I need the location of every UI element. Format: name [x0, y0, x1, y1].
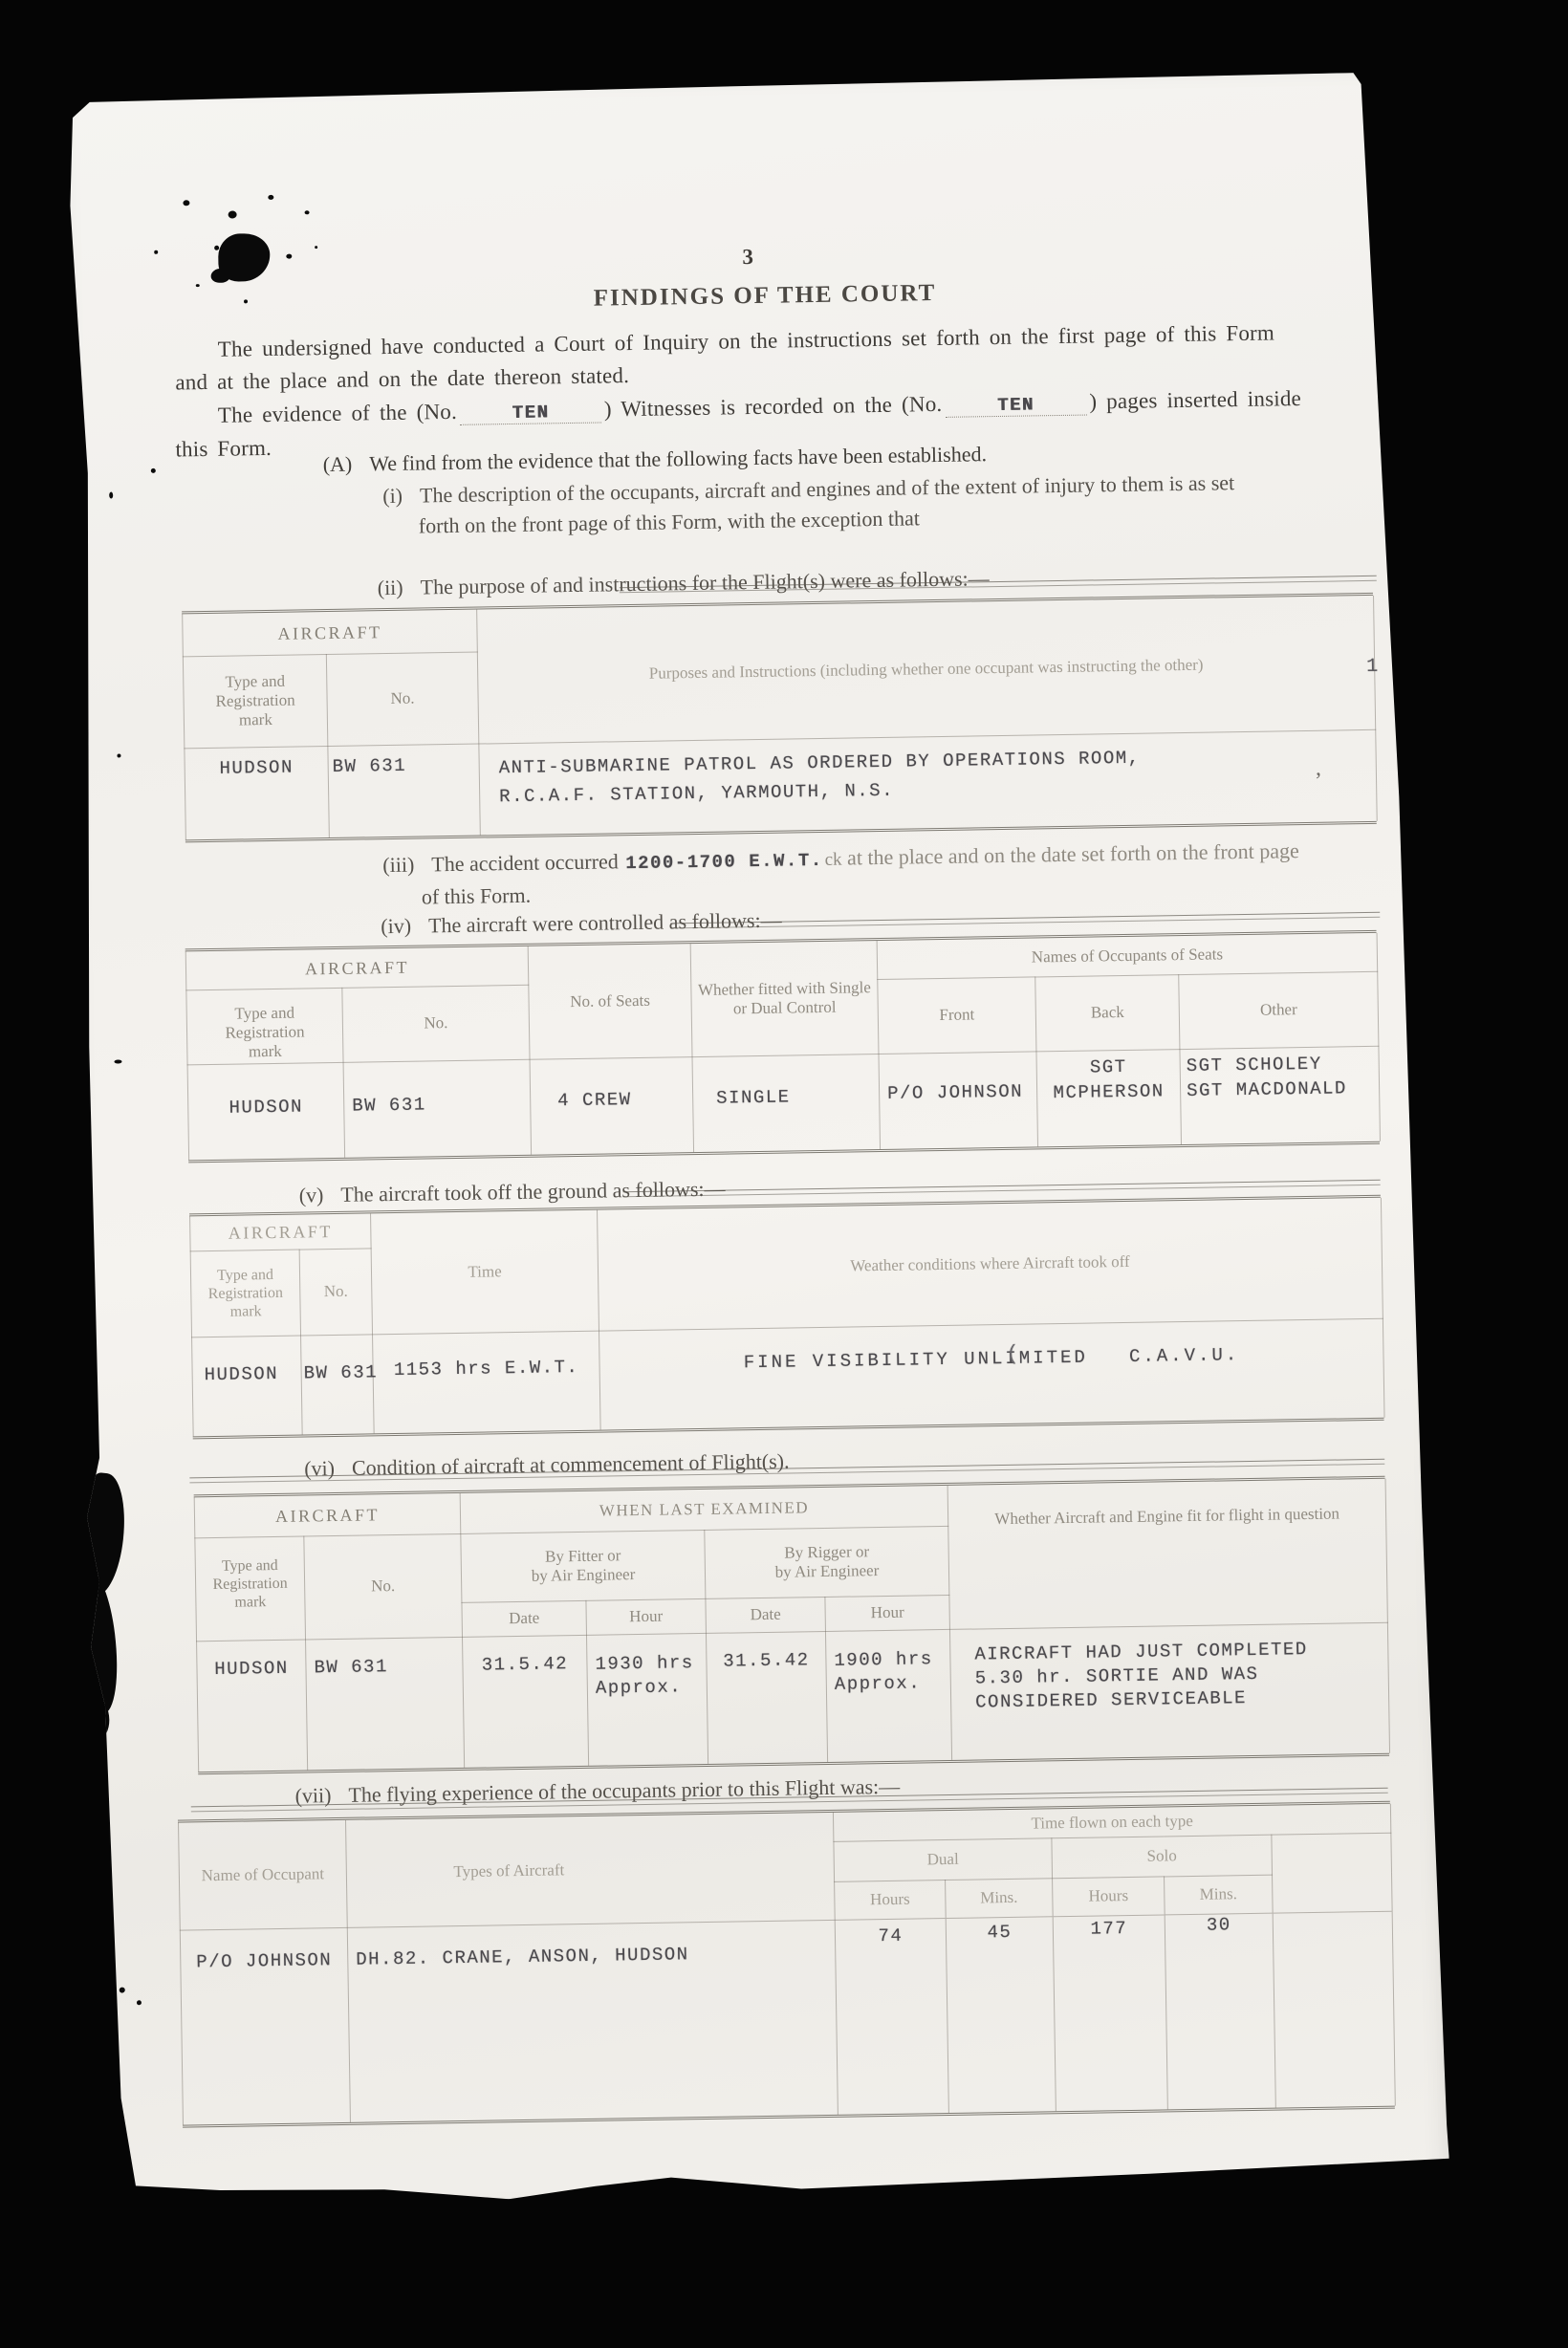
t5-dual-hours-value: 74 [835, 1918, 948, 2115]
ink-speck [286, 254, 292, 259]
t2-type-reg-header: Type and Registration mark [186, 988, 343, 1065]
item-a: (A)We find from the evidence that the fo… [323, 442, 988, 477]
witness-count-value: TEN [512, 402, 549, 424]
t5-solo-mins-header: Mins. [1165, 1875, 1274, 1915]
page-title: FINDINGS OF THE COURT [478, 278, 1052, 314]
evidence-paragraph-cont: this Form. [175, 436, 272, 463]
t3-time-header: Time [371, 1210, 599, 1335]
t4-rigger-date-header: Date [706, 1597, 826, 1633]
oclock-remnant: ck [824, 850, 841, 870]
t2-control-header-line2: or Dual Control [692, 997, 878, 1019]
t4-rigger-hour-value: 1900 hrs Approx. [825, 1629, 951, 1762]
t2-type-value: HUDSON [187, 1062, 345, 1161]
t3-type-value: HUDSON [192, 1336, 303, 1437]
item-iii-time-value: 1200-1700 E.W.T. [625, 850, 823, 874]
item-a-label: (A) [323, 452, 353, 476]
t5-types-header: Types of Aircraft [346, 1813, 836, 1927]
item-i-line2: forth on the front page of this Form, wi… [419, 506, 921, 538]
t2-seats-value: 4 CREW [530, 1056, 694, 1155]
t4-type-value: HUDSON [197, 1640, 308, 1772]
t2-back-header: Back [1035, 974, 1180, 1051]
t4-no-value: BW 631 [306, 1637, 465, 1771]
item-i-line1: (i)The description of the occupants, air… [382, 470, 1234, 509]
scanned-document-page: 3 FINDINGS OF THE COURT The undersigned … [65, 70, 1454, 2225]
t3-weather-header: Weather conditions where Aircraft took o… [598, 1198, 1383, 1331]
ink-speck [196, 284, 200, 287]
t1-no-value: BW 631 [328, 744, 481, 837]
experience-table: Name of Occupant Types of Aircraft Time … [178, 1801, 1395, 2128]
ink-speck [214, 246, 219, 250]
evidence-text-mid: ) Witnesses is recorded on the (No. [604, 392, 943, 422]
ink-speck [244, 299, 248, 303]
t2-front-value: P/O JOHNSON [879, 1051, 1038, 1149]
item-iii-post: at the place and on the date set forth o… [847, 838, 1299, 869]
ink-speck [151, 468, 156, 473]
t2-other-line1: SGT SCHOLEY [1187, 1050, 1379, 1077]
t1-type-reg-header: Type and Registration mark [183, 654, 327, 748]
t4-rigger-date-value: 31.5.42 [706, 1631, 827, 1764]
evidence-paragraph: The evidence of the (No.TEN) Witnesses i… [218, 386, 1301, 429]
t2-back-line2: MCPHERSON [1037, 1078, 1180, 1105]
t5-dual-mins-header: Mins. [946, 1878, 1054, 1918]
item-iii-pre: The accident occurred [431, 849, 619, 876]
ink-speck [183, 200, 189, 206]
intro-paragraph-line2: and at the place and on the date thereon… [175, 363, 629, 395]
item-i-text1: The description of the occupants, aircra… [420, 470, 1235, 507]
t4-fit-value: AIRCRAFT HAD JUST COMPLETED 5.30 hr. SOR… [949, 1622, 1389, 1760]
t4-rigger-header: By Rigger or by Air Engineer [705, 1526, 949, 1598]
examination-table: AIRCRAFT WHEN LAST EXAMINED Whether Airc… [194, 1476, 1389, 1775]
stray-mark-one: 1 [1366, 656, 1380, 678]
pages-count-value: TEN [997, 394, 1034, 416]
t5-dual-hours-header: Hours [835, 1880, 947, 1920]
t2-other-value: SGT SCHOLEY SGT MACDONALD [1180, 1046, 1381, 1144]
t4-fit-header: Whether Aircraft and Engine fit for flig… [947, 1479, 1387, 1629]
t4-fitter-date-value: 31.5.42 [463, 1635, 589, 1768]
t5-name-header: Name of Occupant [179, 1820, 348, 1930]
t4-rigger-hour-header: Hour [825, 1595, 950, 1631]
t1-purposes-header: Purposes and Instructions (including whe… [477, 596, 1376, 744]
evidence-text-pre: The evidence of the (No. [218, 400, 457, 427]
t4-type-reg-header: Type and Registration mark [195, 1536, 306, 1641]
t2-seats-header: No. of Seats [528, 944, 692, 1059]
t3-aircraft-header: AIRCRAFT [190, 1213, 372, 1250]
item-iii-line1: (iii)The accident occurred 1200-1700 E.W… [382, 838, 1299, 878]
t4-rigger-line2: by Air Engineer [706, 1560, 948, 1583]
edge-ink-blob [74, 1471, 130, 1598]
t1-no-header: No. [326, 652, 479, 746]
screenshot-root: { "page_number": "3", "title": "FINDINGS… [0, 0, 1568, 2348]
t5-name-value: P/O JOHNSON [180, 1927, 350, 2125]
ink-speck [137, 2000, 142, 2005]
t5-solo-header: Solo [1052, 1835, 1273, 1879]
t2-other-line2: SGT MACDONALD [1187, 1075, 1379, 1102]
t2-other-header: Other [1179, 971, 1379, 1049]
t1-purpose-value: ANTI-SUBMARINE PATROL AS ORDERED BY OPER… [479, 729, 1377, 836]
item-ii-label: (ii) [378, 576, 403, 599]
t5-spare-value-cell [1273, 1911, 1395, 2108]
t5-dual-header: Dual [834, 1837, 1053, 1881]
control-table: AIRCRAFT No. of Seats Whether fitted wit… [185, 930, 1380, 1163]
t5-solo-hours-value: 177 [1053, 1914, 1167, 2111]
t2-control-header-line1: Whether fitted with Single [691, 978, 877, 1000]
t3-no-value: BW 631 [301, 1334, 375, 1434]
t3-type-reg-header: Type and Registration mark [190, 1250, 300, 1337]
t2-control-value: SINGLE [692, 1054, 881, 1152]
scanned-page-wrap: 3 FINDINGS OF THE COURT The undersigned … [65, 70, 1454, 2225]
item-a-text: We find from the evidence that the follo… [369, 442, 987, 475]
t2-no-header: No. [342, 985, 530, 1062]
t2-back-line1: SGT [1037, 1054, 1180, 1080]
stray-mark-comma: , [1316, 756, 1321, 782]
item-i-label: (i) [382, 484, 403, 508]
ink-speck [268, 195, 273, 200]
pages-count-blank: TEN [945, 390, 1086, 418]
t2-aircraft-header: AIRCRAFT [185, 946, 529, 990]
t4-fitter-header: By Fitter or by Air Engineer [461, 1530, 706, 1602]
item-iii-line2: of this Form. [422, 883, 532, 910]
edge-ink-blob [69, 1569, 124, 1716]
t2-no-value: BW 631 [343, 1059, 532, 1158]
ink-speck [114, 1059, 121, 1063]
t3-time-value: 1153 hrs E.W.T. [373, 1331, 601, 1434]
purpose-table: AIRCRAFT Purposes and Instructions (incl… [182, 593, 1377, 843]
t5-dual-mins-value: 45 [946, 1916, 1056, 2113]
ink-speck [117, 753, 120, 757]
t4-aircraft-header: AIRCRAFT [194, 1493, 461, 1537]
section-rule [623, 1180, 1381, 1197]
takeoff-table: AIRCRAFT Time Weather conditions where A… [189, 1195, 1384, 1440]
ink-blot-small [210, 269, 229, 283]
t1-aircraft-header: AIRCRAFT [183, 610, 478, 657]
t3-weather-value: FINE VISIBILITY UNLIMITED C.A.V.U. [599, 1318, 1385, 1430]
witness-count-blank: TEN [460, 397, 601, 424]
item-iii-label: (iii) [382, 853, 414, 878]
t5-solo-hours-header: Hours [1053, 1876, 1165, 1916]
t4-fitter-line2: by Air Engineer [462, 1564, 705, 1587]
t4-fitter-hour-value: 1930 hrs Approx. [587, 1633, 708, 1766]
ink-speck [315, 246, 317, 249]
t2-front-header: Front [878, 976, 1036, 1054]
t2-control-header: Whether fitted with Single or Dual Contr… [690, 941, 879, 1056]
evidence-text-post: ) pages inserted inside [1089, 386, 1301, 413]
overstrike-mark: ( [1006, 1342, 1020, 1366]
ink-speck [120, 1988, 125, 1993]
item-v-label: (v) [299, 1183, 324, 1207]
t5-solo-mins-value: 30 [1165, 1913, 1275, 2110]
intro-paragraph-line1: The undersigned have conducted a Court o… [218, 320, 1275, 361]
t4-fitter-hour-header: Hour [586, 1598, 707, 1635]
t2-back-value: SGT MCPHERSON [1036, 1049, 1182, 1146]
ink-speck [109, 492, 113, 499]
ink-speck [229, 210, 237, 218]
t5-types-value: DH.82. CRANE, ANSON, HUDSON [347, 1920, 838, 2122]
ink-speck [305, 210, 310, 214]
item-iv-label: (iv) [381, 914, 411, 938]
t4-no-header: No. [304, 1533, 463, 1640]
ink-speck [154, 250, 158, 254]
t5-spare-cell [1272, 1833, 1392, 1913]
t3-no-header: No. [299, 1248, 372, 1335]
page-number: 3 [742, 245, 753, 270]
t4-fitter-date-header: Date [462, 1600, 587, 1637]
t1-type-value: HUDSON [185, 746, 329, 839]
